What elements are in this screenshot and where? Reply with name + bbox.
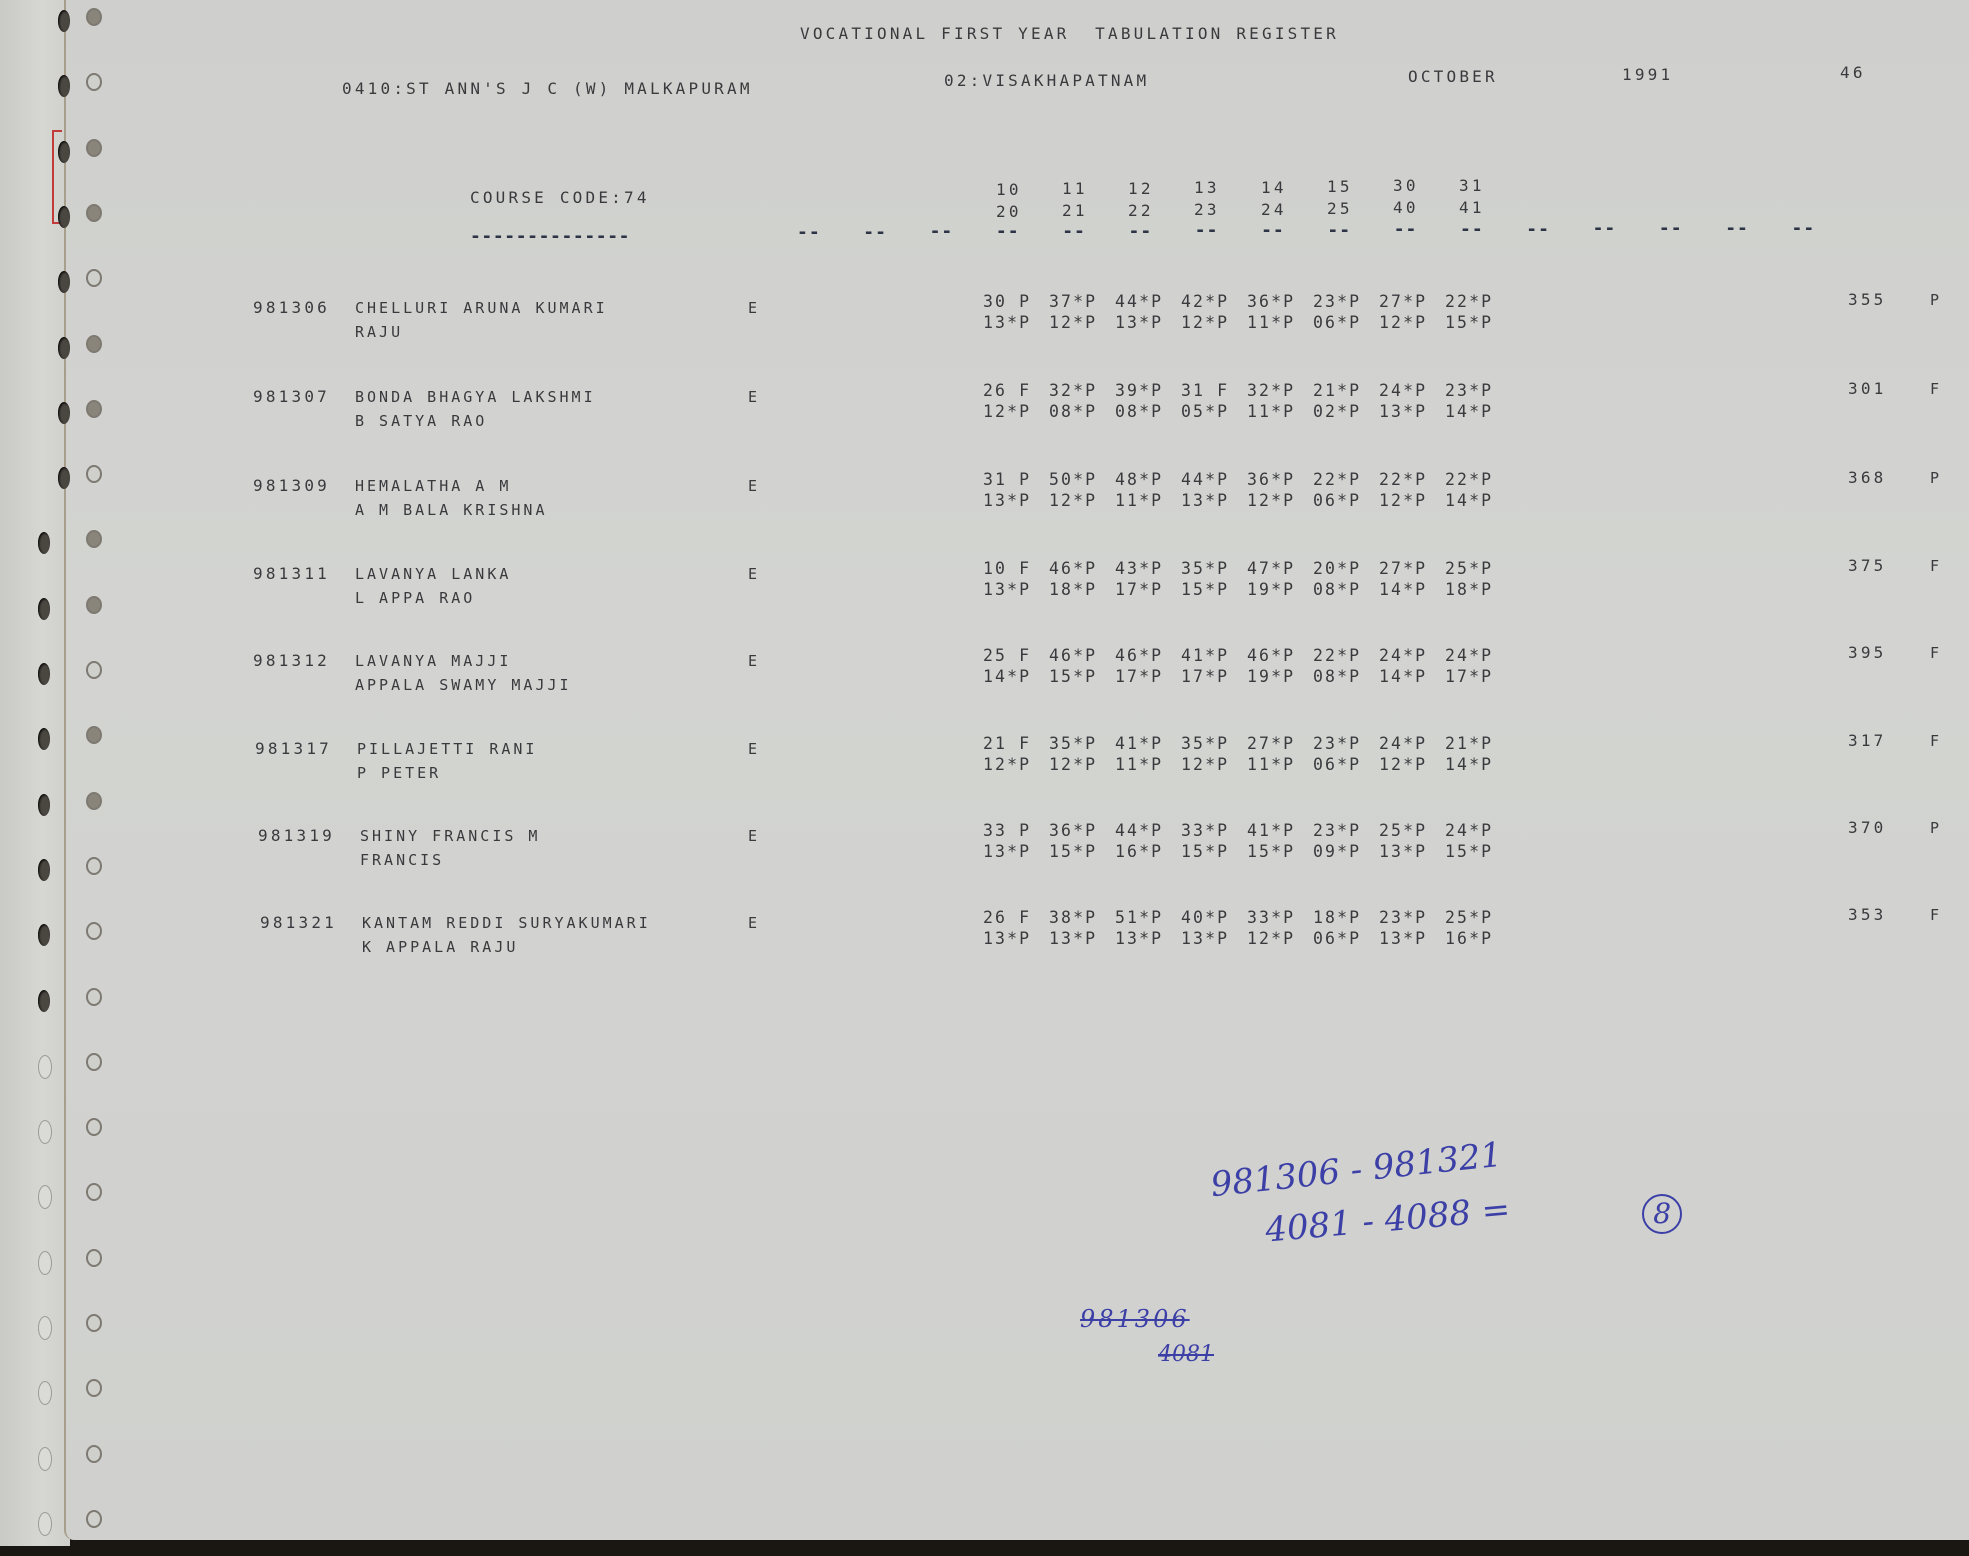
sprocket-hole-icon	[86, 204, 102, 222]
subject-mark: 38*P	[1049, 908, 1115, 927]
subject-mark: 30 P	[983, 292, 1049, 311]
subject-mark: 44*P	[1181, 470, 1247, 489]
father-name: A M BALA KRISHNA	[355, 500, 548, 520]
subject-mark: 32*P	[1247, 381, 1313, 400]
hall-ticket-number: 981319	[258, 826, 335, 846]
district-name: 02:VISAKHAPATNAM	[944, 71, 1149, 91]
subject-mark: 46*P	[1247, 646, 1313, 665]
medium-code: E	[748, 826, 760, 846]
student-name: HEMALATHA A M	[355, 476, 511, 496]
subject-mark: 08*P	[1313, 580, 1379, 599]
under-sheet-hole-icon	[38, 924, 50, 946]
subject-mark: 24*P	[1379, 646, 1445, 665]
under-sheet-hole-icon	[58, 467, 70, 489]
subject-mark: 15*P	[1049, 842, 1115, 861]
sprocket-hole-icon	[86, 1053, 102, 1071]
subject-code: 25	[1327, 199, 1353, 219]
column-dash: --	[1725, 218, 1749, 239]
subject-mark: 35*P	[1181, 559, 1247, 578]
subject-mark: 16*P	[1445, 929, 1511, 948]
subject-mark: 06*P	[1313, 929, 1379, 948]
column-dash: --	[1792, 218, 1816, 239]
course-code-underline: --------------	[470, 226, 630, 247]
subject-mark: 14*P	[1445, 402, 1511, 421]
marks-line-2: 12*P08*P08*P05*P11*P02*P13*P14*P	[983, 402, 1511, 421]
subject-mark: 50*P	[1049, 470, 1115, 489]
medium-code: E	[748, 739, 760, 759]
total-marks: 368	[1848, 468, 1887, 488]
handwritten-count: 8	[1632, 1175, 1682, 1234]
subject-mark: 14*P	[1379, 580, 1445, 599]
subject-mark: 17*P	[1115, 667, 1181, 686]
marks-line-1: 26 F38*P51*P40*P33*P18*P23*P25*P	[983, 908, 1511, 927]
subject-mark: 24*P	[1379, 381, 1445, 400]
subject-code: 23	[1194, 200, 1220, 220]
subject-mark: 39*P	[1115, 381, 1181, 400]
sprocket-hole-icon	[86, 465, 102, 483]
medium-code: E	[748, 564, 760, 584]
subject-mark: 22*P	[1445, 292, 1511, 311]
hall-ticket-number: 981311	[253, 564, 330, 584]
subject-mark: 17*P	[1445, 667, 1511, 686]
marks-line-1: 10 F46*P43*P35*P47*P20*P27*P25*P	[983, 559, 1511, 578]
marks-line-2: 13*P18*P17*P15*P19*P08*P14*P18*P	[983, 580, 1511, 599]
subject-mark: 20*P	[1313, 559, 1379, 578]
subject-mark: 23*P	[1313, 734, 1379, 753]
under-sheet-hole-icon	[58, 206, 70, 228]
total-marks: 375	[1848, 556, 1887, 576]
circled-count-badge: 8	[1642, 1194, 1682, 1234]
column-dash: --	[797, 222, 821, 243]
sprocket-hole-icon	[86, 1510, 102, 1528]
subject-mark: 25*P	[1445, 908, 1511, 927]
subject-mark: 13*P	[983, 313, 1049, 332]
marks-line-1: 25 F46*P46*P41*P46*P22*P24*P24*P	[983, 646, 1511, 665]
marks-line-2: 12*P12*P11*P12*P11*P06*P12*P14*P	[983, 755, 1511, 774]
result-status: F	[1930, 905, 1942, 925]
subject-mark: 15*P	[1181, 842, 1247, 861]
exam-month: OCTOBER	[1408, 67, 1498, 87]
subject-mark: 13*P	[1181, 929, 1247, 948]
subject-mark: 31 F	[1181, 381, 1247, 400]
sprocket-hole-icon	[86, 661, 102, 679]
subject-mark: 10 F	[983, 559, 1049, 578]
result-status: F	[1930, 731, 1942, 751]
subject-mark: 24*P	[1445, 821, 1511, 840]
subject-mark: 12*P	[1247, 491, 1313, 510]
subject-mark: 11*P	[1247, 755, 1313, 774]
subject-mark: 12*P	[1247, 929, 1313, 948]
subject-mark: 15*P	[1181, 580, 1247, 599]
subject-mark: 08*P	[1313, 667, 1379, 686]
student-name: BONDA BHAGYA LAKSHMI	[355, 387, 596, 407]
under-sheet-hole-icon	[58, 271, 70, 293]
subject-mark: 23*P	[1313, 821, 1379, 840]
father-name: FRANCIS	[360, 850, 444, 870]
subject-mark: 41*P	[1181, 646, 1247, 665]
subject-code: 41	[1459, 198, 1485, 218]
result-status: F	[1930, 643, 1942, 663]
subject-mark: 27*P	[1379, 292, 1445, 311]
subject-mark: 44*P	[1115, 292, 1181, 311]
subject-code: 11	[1062, 179, 1088, 199]
subject-mark: 13*P	[1115, 313, 1181, 332]
subject-mark: 13*P	[983, 842, 1049, 861]
column-dash: --	[930, 221, 954, 242]
struck-out-serial: 4081	[1158, 1342, 1214, 1367]
subject-mark: 11*P	[1115, 491, 1181, 510]
subject-mark: 12*P	[1049, 755, 1115, 774]
underlying-sheet-edge	[0, 0, 70, 1546]
subject-code: 20	[996, 202, 1022, 222]
subject-mark: 24*P	[1445, 646, 1511, 665]
sprocket-hole-icon	[86, 1314, 102, 1332]
subject-mark: 09*P	[1313, 842, 1379, 861]
total-marks: 395	[1848, 643, 1887, 663]
subject-mark: 15*P	[1049, 667, 1115, 686]
subject-code: 14	[1261, 178, 1287, 198]
subject-mark: 32*P	[1049, 381, 1115, 400]
subject-mark: 13*P	[1181, 491, 1247, 510]
student-name: CHELLURI ARUNA KUMARI	[355, 298, 608, 318]
subject-code: 13	[1194, 178, 1220, 198]
result-status: F	[1930, 556, 1942, 576]
marks-line-2: 14*P15*P17*P17*P19*P08*P14*P17*P	[983, 667, 1511, 686]
subject-mark: 40*P	[1181, 908, 1247, 927]
sprocket-hole-icon	[86, 400, 102, 418]
column-dash: --	[1593, 218, 1617, 239]
under-sheet-hole-icon	[38, 1120, 52, 1144]
under-sheet-hole-icon	[38, 794, 50, 816]
subject-mark: 33*P	[1181, 821, 1247, 840]
sprocket-hole-icon	[86, 857, 102, 875]
sprocket-hole-icon	[86, 8, 102, 26]
marks-line-1: 21 F35*P41*P35*P27*P23*P24*P21*P	[983, 734, 1511, 753]
subject-mark: 46*P	[1049, 646, 1115, 665]
hall-ticket-number: 981306	[253, 298, 330, 318]
subject-mark: 06*P	[1313, 755, 1379, 774]
under-sheet-hole-icon	[38, 1055, 52, 1079]
column-dash: --	[1394, 219, 1418, 240]
under-sheet-hole-icon	[58, 141, 70, 163]
subject-mark: 06*P	[1313, 491, 1379, 510]
subject-mark: 14*P	[1445, 755, 1511, 774]
hall-ticket-number: 981309	[253, 476, 330, 496]
subject-code: 31	[1459, 176, 1485, 196]
subject-mark: 31 P	[983, 470, 1049, 489]
subject-mark: 22*P	[1313, 646, 1379, 665]
subject-mark: 17*P	[1115, 580, 1181, 599]
total-marks: 355	[1848, 290, 1887, 310]
subject-mark: 18*P	[1313, 908, 1379, 927]
struck-out-hall-ticket: 981306	[1080, 1305, 1190, 1333]
subject-mark: 43*P	[1115, 559, 1181, 578]
medium-code: E	[748, 913, 760, 933]
subject-mark: 15*P	[1445, 842, 1511, 861]
subject-mark: 11*P	[1247, 313, 1313, 332]
subject-mark: 16*P	[1115, 842, 1181, 861]
subject-mark: 13*P	[1115, 929, 1181, 948]
subject-mark: 42*P	[1181, 292, 1247, 311]
marks-line-2: 13*P12*P11*P13*P12*P06*P12*P14*P	[983, 491, 1511, 510]
subject-code: 22	[1128, 201, 1154, 221]
subject-mark: 21*P	[1445, 734, 1511, 753]
page-number: 46	[1840, 63, 1866, 83]
subject-mark: 12*P	[983, 755, 1049, 774]
sprocket-hole-icon	[86, 1445, 102, 1463]
marks-line-1: 31 P50*P48*P44*P36*P22*P22*P22*P	[983, 470, 1511, 489]
total-marks: 370	[1848, 818, 1887, 838]
column-dash: --	[1460, 219, 1484, 240]
subject-mark: 37*P	[1049, 292, 1115, 311]
subject-mark: 12*P	[1379, 313, 1445, 332]
subject-mark: 11*P	[1115, 755, 1181, 774]
subject-mark: 13*P	[1049, 929, 1115, 948]
total-marks: 317	[1848, 731, 1887, 751]
sprocket-hole-icon	[86, 1118, 102, 1136]
subject-mark: 17*P	[1181, 667, 1247, 686]
subject-mark: 41*P	[1247, 821, 1313, 840]
subject-mark: 26 F	[983, 908, 1049, 927]
under-sheet-hole-icon	[38, 598, 50, 620]
subject-mark: 24*P	[1379, 734, 1445, 753]
subject-mark: 36*P	[1049, 821, 1115, 840]
subject-mark: 35*P	[1049, 734, 1115, 753]
subject-code: 30	[1393, 176, 1419, 196]
subject-code: 24	[1261, 200, 1287, 220]
subject-mark: 15*P	[1247, 842, 1313, 861]
hall-ticket-number: 981312	[253, 651, 330, 671]
father-name: RAJU	[355, 322, 403, 342]
father-name: K APPALA RAJU	[362, 937, 518, 957]
student-name: SHINY FRANCIS M	[360, 826, 540, 846]
under-sheet-hole-icon	[38, 1512, 52, 1536]
subject-mark: 26 F	[983, 381, 1049, 400]
subject-mark: 12*P	[983, 402, 1049, 421]
sprocket-hole-icon	[86, 988, 102, 1006]
subject-mark: 12*P	[1181, 755, 1247, 774]
medium-code: E	[748, 387, 760, 407]
subject-mark: 06*P	[1313, 313, 1379, 332]
hall-ticket-number: 981317	[255, 739, 332, 759]
subject-mark: 13*P	[1379, 842, 1445, 861]
column-dash: --	[1526, 219, 1550, 240]
marks-line-2: 13*P15*P16*P15*P15*P09*P13*P15*P	[983, 842, 1511, 861]
hall-ticket-number: 981321	[260, 913, 337, 933]
column-dash: --	[996, 221, 1020, 242]
sprocket-hole-icon	[86, 335, 102, 353]
subject-mark: 12*P	[1181, 313, 1247, 332]
under-sheet-hole-icon	[38, 990, 50, 1012]
subject-mark: 21 F	[983, 734, 1049, 753]
subject-mark: 12*P	[1379, 491, 1445, 510]
column-dash: --	[1659, 218, 1683, 239]
subject-code: 10	[996, 180, 1022, 200]
student-name: LAVANYA MAJJI	[355, 651, 511, 671]
subject-mark: 46*P	[1049, 559, 1115, 578]
subject-mark: 19*P	[1247, 580, 1313, 599]
sprocket-hole-icon	[86, 792, 102, 810]
under-sheet-hole-icon	[58, 402, 70, 424]
father-name: L APPA RAO	[355, 588, 475, 608]
subject-code: 40	[1393, 198, 1419, 218]
under-sheet-hole-icon	[58, 337, 70, 359]
subject-mark: 22*P	[1313, 470, 1379, 489]
subject-mark: 08*P	[1049, 402, 1115, 421]
subject-mark: 14*P	[983, 667, 1049, 686]
subject-mark: 23*P	[1379, 908, 1445, 927]
subject-mark: 22*P	[1379, 470, 1445, 489]
medium-code: E	[748, 476, 760, 496]
sprocket-hole-icon	[86, 596, 102, 614]
course-code-label: COURSE CODE:74	[470, 188, 650, 208]
sprocket-hole-icon	[86, 1249, 102, 1267]
subject-mark: 25 F	[983, 646, 1049, 665]
subject-mark: 05*P	[1181, 402, 1247, 421]
subject-mark: 13*P	[983, 580, 1049, 599]
student-name: PILLAJETTI RANI	[357, 739, 537, 759]
subject-mark: 25*P	[1379, 821, 1445, 840]
subject-mark: 21*P	[1313, 381, 1379, 400]
marks-line-2: 13*P13*P13*P13*P12*P06*P13*P16*P	[983, 929, 1511, 948]
marks-line-1: 30 P37*P44*P42*P36*P23*P27*P22*P	[983, 292, 1511, 311]
subject-mark: 15*P	[1445, 313, 1511, 332]
under-sheet-hole-icon	[38, 1447, 52, 1471]
under-sheet-hole-icon	[38, 1251, 52, 1275]
subject-mark: 14*P	[1445, 491, 1511, 510]
subject-mark: 22*P	[1445, 470, 1511, 489]
subject-mark: 18*P	[1049, 580, 1115, 599]
sprocket-hole-icon	[86, 139, 102, 157]
total-marks: 301	[1848, 379, 1887, 399]
subject-code: 21	[1062, 201, 1088, 221]
subject-mark: 19*P	[1247, 667, 1313, 686]
subject-mark: 13*P	[983, 929, 1049, 948]
column-dash: --	[1327, 220, 1351, 241]
student-name: LAVANYA LANKA	[355, 564, 511, 584]
result-status: F	[1930, 379, 1942, 399]
subject-mark: 41*P	[1115, 734, 1181, 753]
subject-mark: 44*P	[1115, 821, 1181, 840]
result-status: P	[1930, 468, 1942, 488]
document-title: VOCATIONAL FIRST YEAR TABULATION REGISTE…	[800, 24, 1339, 44]
subject-mark: 48*P	[1115, 470, 1181, 489]
under-sheet-hole-icon	[38, 859, 50, 881]
subject-mark: 02*P	[1313, 402, 1379, 421]
subject-code: 15	[1327, 177, 1353, 197]
under-sheet-hole-icon	[58, 10, 70, 32]
subject-mark: 13*P	[983, 491, 1049, 510]
under-sheet-hole-icon	[38, 1316, 52, 1340]
marks-line-2: 13*P12*P13*P12*P11*P06*P12*P15*P	[983, 313, 1511, 332]
subject-mark: 36*P	[1247, 292, 1313, 311]
column-dash: --	[1062, 221, 1086, 242]
subject-mark: 11*P	[1247, 402, 1313, 421]
subject-mark: 18*P	[1445, 580, 1511, 599]
column-dash: --	[1195, 220, 1219, 241]
column-dash: --	[1129, 221, 1153, 242]
under-sheet-hole-icon	[38, 663, 50, 685]
marks-line-1: 33 P36*P44*P33*P41*P23*P25*P24*P	[983, 821, 1511, 840]
total-marks: 353	[1848, 905, 1887, 925]
subject-mark: 12*P	[1379, 755, 1445, 774]
subject-mark: 46*P	[1115, 646, 1181, 665]
medium-code: E	[748, 651, 760, 671]
subject-mark: 23*P	[1313, 292, 1379, 311]
student-name: KANTAM REDDI SURYAKUMARI	[362, 913, 651, 933]
result-status: P	[1930, 818, 1942, 838]
exam-year: 1991	[1622, 65, 1673, 85]
column-dash: --	[1261, 220, 1285, 241]
marks-line-1: 26 F32*P39*P31 F32*P21*P24*P23*P	[983, 381, 1511, 400]
father-name: APPALA SWAMY MAJJI	[355, 675, 572, 695]
college-name: 0410:ST ANN'S J C (W) MALKAPURAM	[342, 79, 753, 99]
subject-mark: 23*P	[1445, 381, 1511, 400]
subject-mark: 33*P	[1247, 908, 1313, 927]
father-name: P PETER	[357, 763, 441, 783]
subject-mark: 13*P	[1379, 402, 1445, 421]
subject-mark: 47*P	[1247, 559, 1313, 578]
subject-mark: 25*P	[1445, 559, 1511, 578]
subject-mark: 51*P	[1115, 908, 1181, 927]
subject-mark: 27*P	[1379, 559, 1445, 578]
subject-mark: 33 P	[983, 821, 1049, 840]
subject-mark: 27*P	[1247, 734, 1313, 753]
subject-code: 12	[1128, 179, 1154, 199]
result-status: P	[1930, 290, 1942, 310]
subject-mark: 12*P	[1049, 491, 1115, 510]
subject-mark: 13*P	[1379, 929, 1445, 948]
medium-code: E	[748, 298, 760, 318]
subject-mark: 12*P	[1049, 313, 1115, 332]
column-dash: --	[863, 222, 887, 243]
subject-mark: 35*P	[1181, 734, 1247, 753]
subject-mark: 08*P	[1115, 402, 1181, 421]
subject-mark: 36*P	[1247, 470, 1313, 489]
subject-mark: 14*P	[1379, 667, 1445, 686]
hall-ticket-number: 981307	[253, 387, 330, 407]
father-name: B SATYA RAO	[355, 411, 487, 431]
